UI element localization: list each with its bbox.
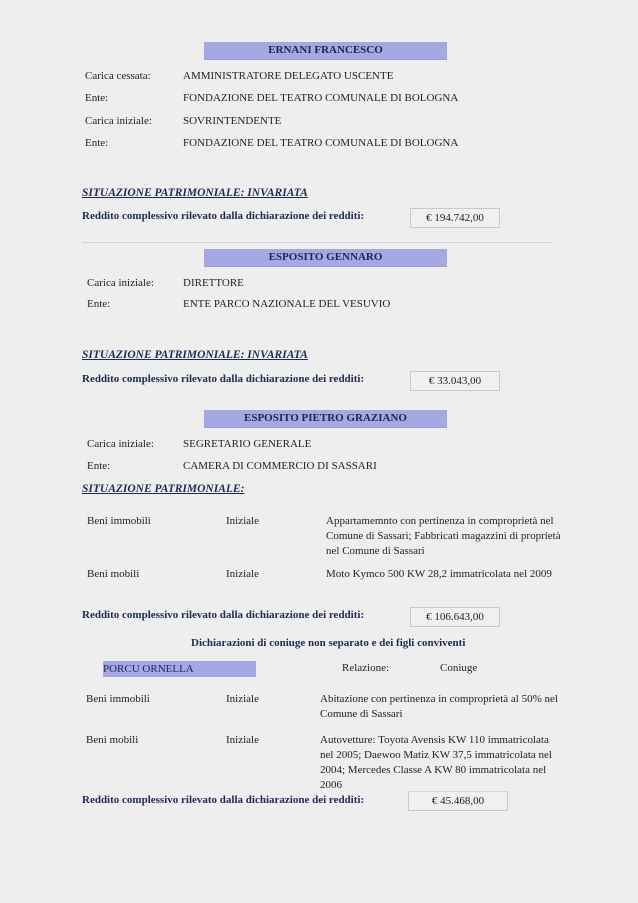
row-label: Ente: [87, 298, 110, 310]
situazione-patrimoniale-heading: SITUAZIONE PATRIMONIALE: [82, 483, 244, 495]
beni-descrizione: Moto Kymco 500 KW 28,2 immatricolata nel… [326, 567, 561, 582]
situazione-patrimoniale-heading: SITUAZIONE PATRIMONIALE: INVARIATA [82, 187, 308, 199]
relazione-value: Coniuge [440, 662, 477, 674]
beni-descrizione: Abitazione con pertinenza in compropriet… [320, 692, 560, 722]
row-label: Carica cessata: [85, 70, 151, 82]
situazione-patrimoniale-heading: SITUAZIONE PATRIMONIALE: INVARIATA [82, 349, 308, 361]
row-value: FONDAZIONE DEL TEATRO COMUNALE DI BOLOGN… [183, 92, 458, 104]
reddito-label: Reddito complessivo rilevato dalla dichi… [82, 210, 364, 222]
row-value: FONDAZIONE DEL TEATRO COMUNALE DI BOLOGN… [183, 137, 458, 149]
row-label: Ente: [85, 92, 108, 104]
reddito-label: Reddito complessivo rilevato dalla dichi… [82, 373, 364, 385]
relazione-label: Relazione: [342, 662, 389, 674]
row-label: Carica iniziale: [87, 277, 154, 289]
beni-tipo: Beni immobili [87, 514, 151, 529]
row-value: CAMERA DI COMMERCIO DI SASSARI [183, 460, 377, 472]
reddito-amount: € 194.742,00 [410, 208, 500, 228]
person-name-bar: ESPOSITO GENNARO [204, 249, 447, 267]
declaration-title: Dichiarazioni di coniuge non separato e … [191, 637, 465, 649]
reddito-amount: € 45.468,00 [408, 791, 508, 811]
beni-descrizione: Autovetture: Toyota Avensis KW 110 immat… [320, 733, 560, 793]
person-name-bar: ESPOSITO PIETRO GRAZIANO [204, 410, 447, 428]
beni-stato: Iniziale [226, 567, 259, 582]
person-name-bar: ERNANI FRANCESCO [204, 42, 447, 60]
row-value: SEGRETARIO GENERALE [183, 438, 311, 450]
beni-descrizione: Appartamemnto con pertinenza in compropr… [326, 514, 561, 559]
row-label: Ente: [85, 137, 108, 149]
row-label: Ente: [87, 460, 110, 472]
beni-stato: Iniziale [226, 692, 259, 707]
beni-stato: Iniziale [226, 733, 259, 748]
beni-tipo: Beni mobili [87, 567, 139, 582]
reddito-label: Reddito complessivo rilevato dalla dichi… [82, 794, 364, 806]
section-divider [82, 242, 552, 243]
spouse-name-bar: PORCU ORNELLA [103, 661, 256, 677]
reddito-amount: € 33.043,00 [410, 371, 500, 391]
beni-stato: Iniziale [226, 514, 259, 529]
row-label: Carica iniziale: [87, 438, 154, 450]
row-label: Carica iniziale: [85, 115, 152, 127]
row-value: ENTE PARCO NAZIONALE DEL VESUVIO [183, 298, 390, 310]
row-value: DIRETTORE [183, 277, 244, 289]
row-value: AMMINISTRATORE DELEGATO USCENTE [183, 70, 393, 82]
beni-tipo: Beni mobili [86, 733, 138, 748]
reddito-label: Reddito complessivo rilevato dalla dichi… [82, 609, 364, 621]
beni-tipo: Beni immobili [86, 692, 150, 707]
row-value: SOVRINTENDENTE [183, 115, 281, 127]
reddito-amount: € 106.643,00 [410, 607, 500, 627]
